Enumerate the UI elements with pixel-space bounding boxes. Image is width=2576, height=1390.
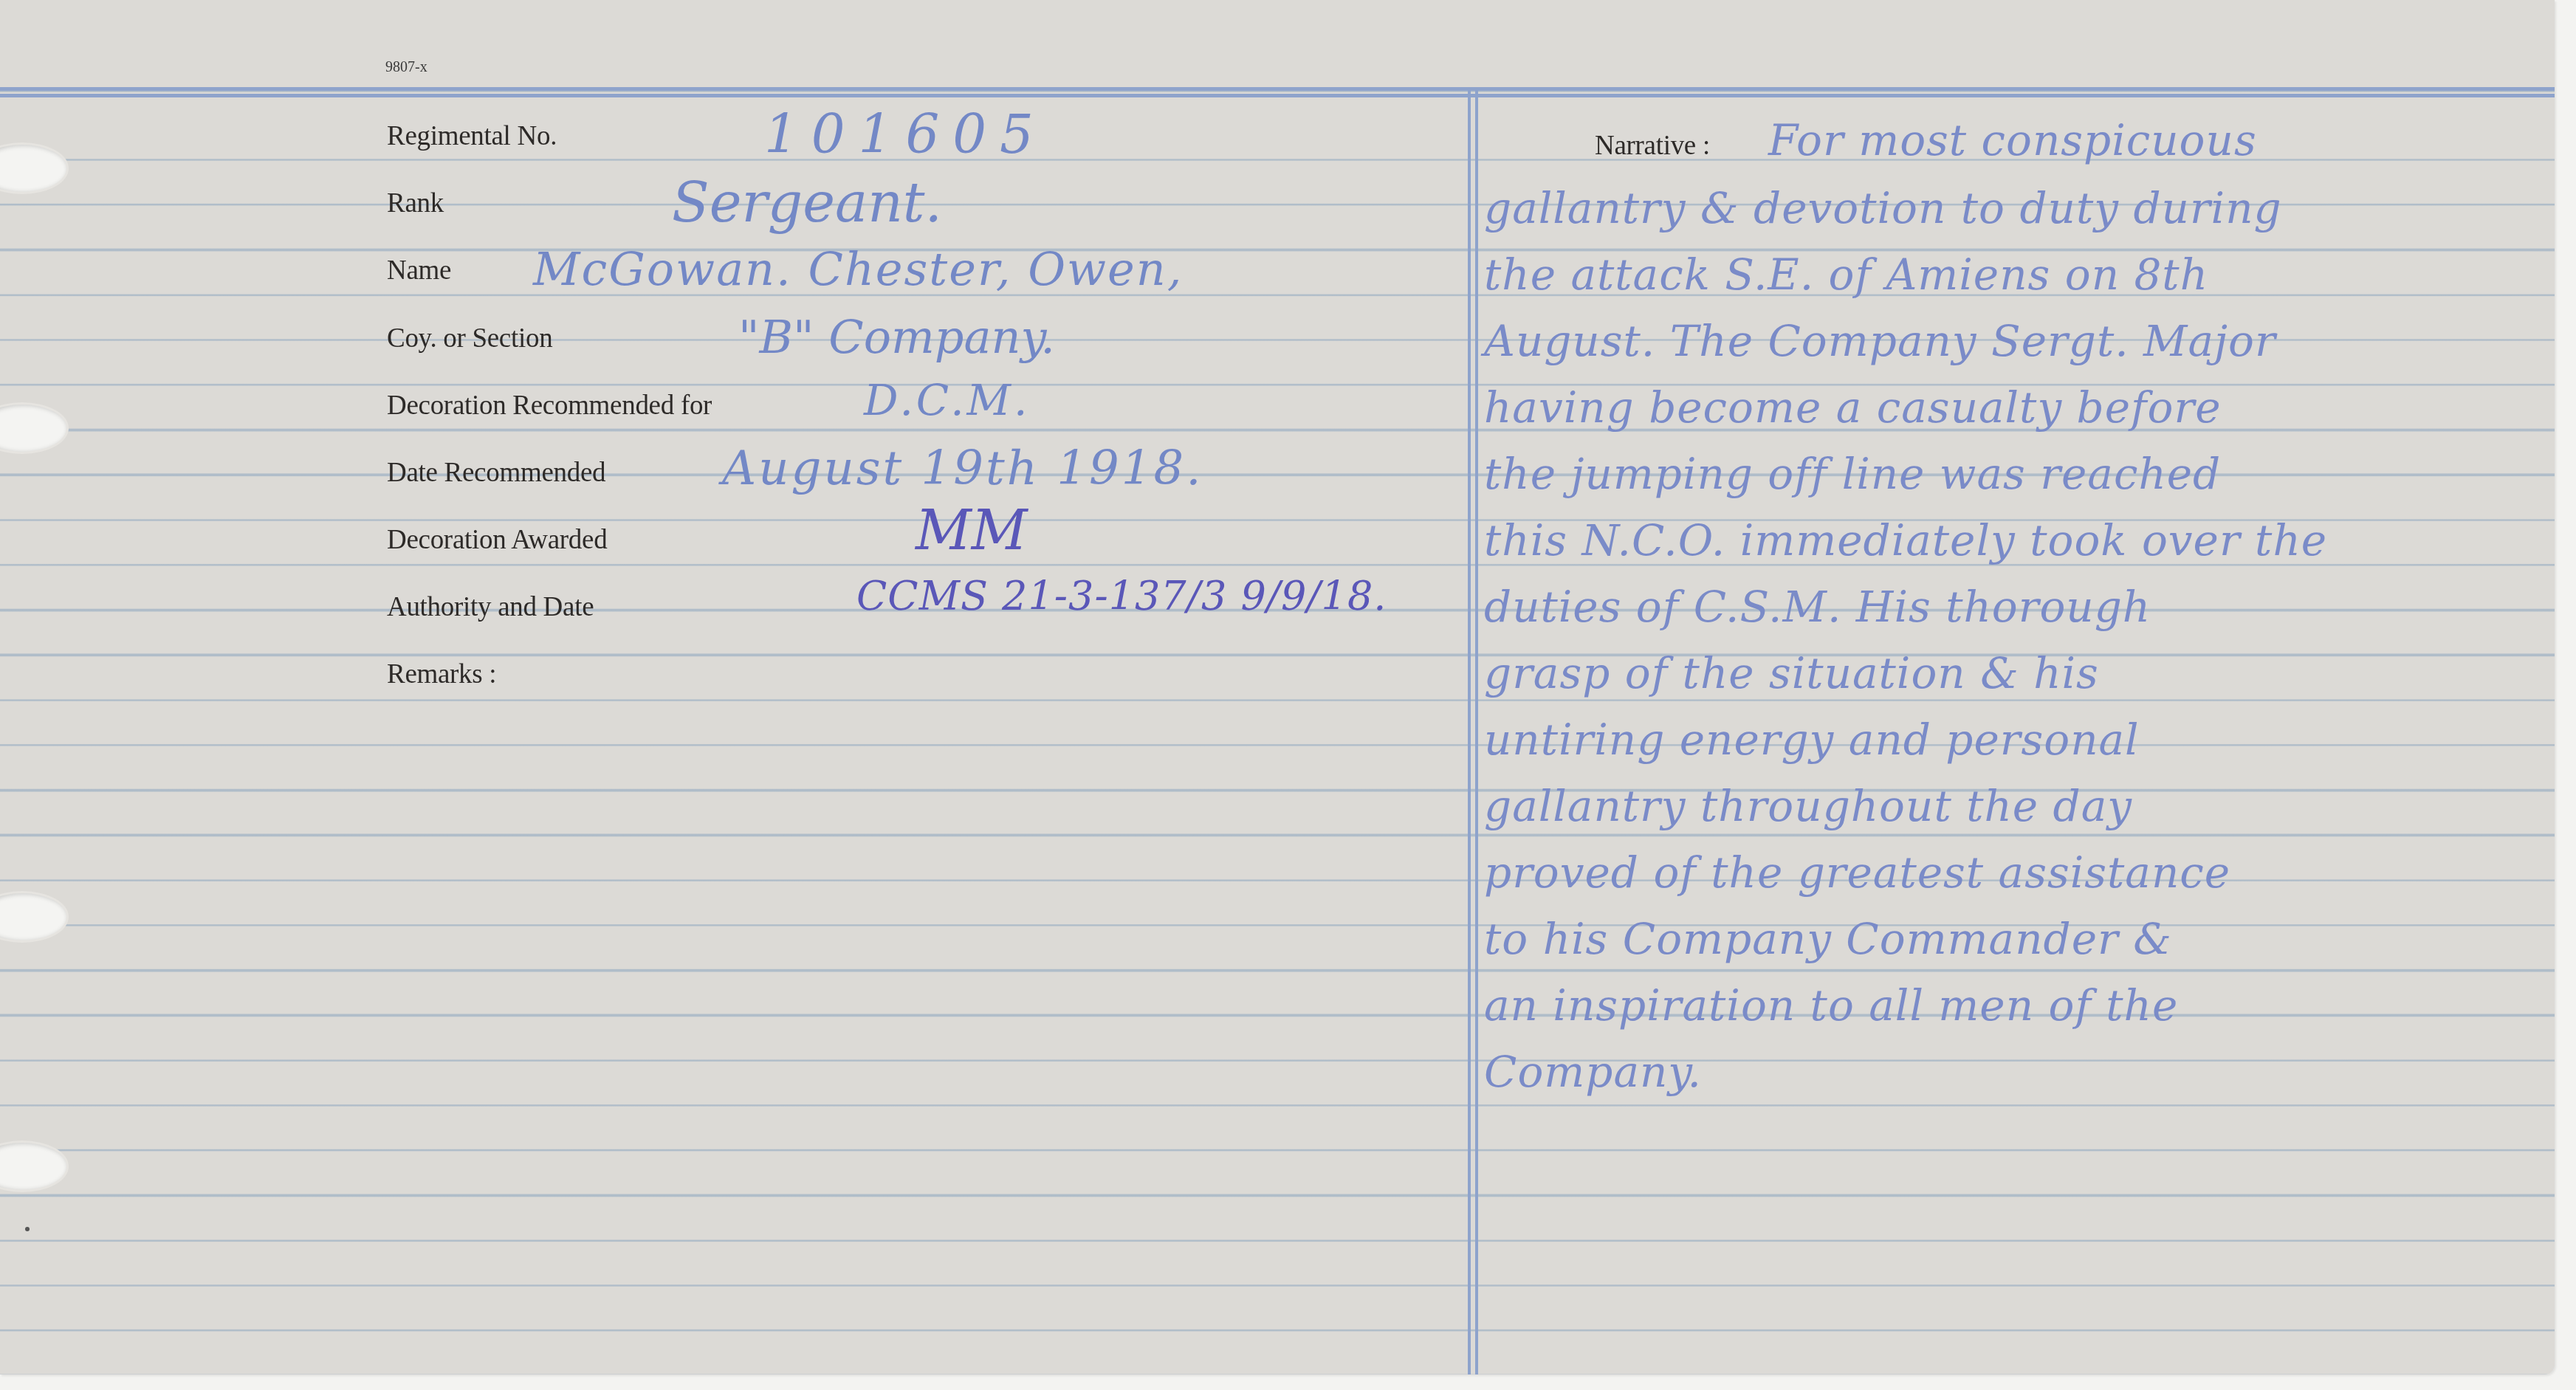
form-number: 9807-x	[385, 59, 427, 76]
label-decoration-awarded: Decoration Awarded	[387, 524, 607, 556]
value-coy-section: "B" Company.	[738, 310, 1055, 364]
label-rank: Rank	[387, 187, 444, 219]
narrative-line-14: an inspiration to all men of the	[1484, 980, 2178, 1031]
punch-hole-1	[0, 145, 66, 192]
narrative-line-12: proved of the greatest assistance	[1484, 847, 2230, 898]
label-regimental-no: Regimental No.	[387, 120, 557, 152]
card-header-band	[0, 0, 2555, 87]
label-narrative: Narrative :	[1595, 130, 1710, 162]
narrative-line-5: having become a casualty before	[1484, 382, 2222, 433]
value-regimental-no: 101605	[764, 103, 1047, 165]
value-rank: Sergeant.	[672, 171, 942, 235]
value-decoration-recommended: D.C.M.	[864, 375, 1030, 425]
narrative-line-13: to his Company Commander &	[1484, 914, 2172, 964]
ink-speck	[25, 1227, 30, 1231]
punch-hole-3	[0, 893, 66, 940]
narrative-line-15: Company.	[1484, 1047, 1702, 1097]
value-name: McGowan. Chester, Owen,	[533, 242, 1183, 296]
label-remarks: Remarks :	[387, 658, 496, 690]
narrative-line-10: untiring energy and personal	[1484, 715, 2140, 765]
label-decoration-recommended: Decoration Recommended for	[387, 390, 712, 422]
narrative-line-8: duties of C.S.M. His thorough	[1484, 582, 2151, 632]
punch-hole-2	[0, 405, 66, 452]
value-date-recommended: August 19th 1918.	[722, 441, 1203, 496]
label-date-recommended: Date Recommended	[387, 457, 605, 489]
label-authority-date: Authority and Date	[387, 591, 594, 623]
label-name: Name	[387, 255, 451, 286]
narrative-line-9: grasp of the situation & his	[1484, 648, 2099, 698]
narrative-line-11: gallantry throughout the day	[1484, 781, 2132, 831]
punch-hole-4	[0, 1143, 66, 1190]
column-divider-double-rule	[1468, 90, 1478, 1374]
narrative-line-3: the attack S.E. of Amiens on 8th	[1484, 250, 2208, 300]
narrative-line-7: this N.C.O. immediately took over the	[1484, 515, 2327, 565]
narrative-line-2: gallantry & devotion to duty during	[1484, 183, 2282, 233]
narrative-line-6: the jumping off line was reached	[1484, 449, 2221, 499]
value-authority-date: CCMS 21-3-137/3 9/9/18.	[856, 573, 1387, 619]
header-double-rule	[0, 87, 2555, 97]
label-coy-section: Coy. or Section	[387, 323, 552, 354]
narrative-line-4: August. The Company Sergt. Major	[1484, 316, 2276, 366]
value-decoration-awarded: MM	[916, 499, 1028, 562]
citation-card: 9807-x Regimental No. Rank Name Coy. or …	[0, 0, 2555, 1374]
narrative-line-1: For most conspicuous	[1768, 115, 2257, 165]
